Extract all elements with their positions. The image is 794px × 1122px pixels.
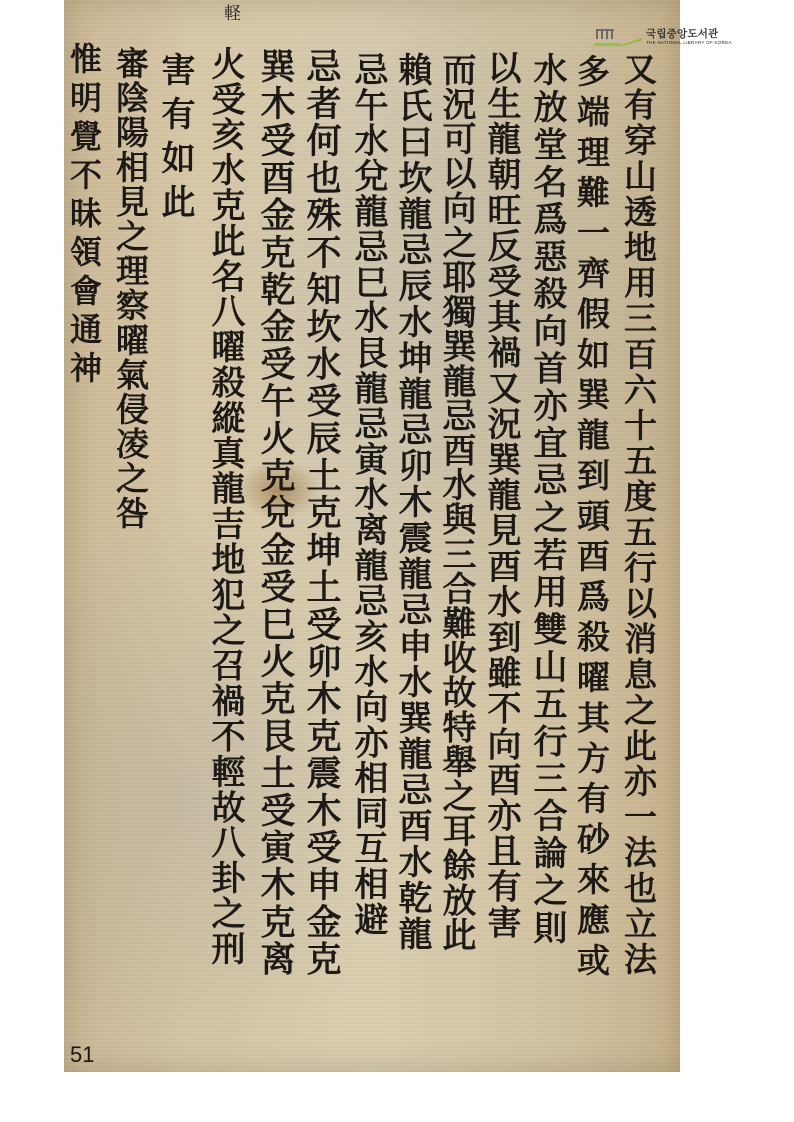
text-column-2: 多端理難一齊假如巽龍到頭酉爲殺曜其方有砂來應或 [575,54,608,983]
text-column-11: 害有如此 [158,52,192,228]
text-column-7: 忌午水兌龍忌巳水艮龍忌寅水离龍忌亥水向亦相同互相避 [351,52,385,937]
text-column-3: 水放堂名爲惡殺向首亦宜忌之若用雙山五行三合論之則 [530,52,564,947]
page-number: 51 [70,1042,94,1068]
logo-english-text: The National Library of Korea [646,41,732,46]
text-column-9: 巽木受酉金克乾金受午火克兌金受巳火克艮土受寅木克离 [258,48,293,978]
text-column-6: 賴氏曰坎龍忌辰水坤龍忌卯木震龍忌申水巽龍忌酉水乾龍 [395,52,429,952]
national-library-logo: 국립중앙도서관 The National Library of Korea [594,26,734,48]
text-column-8: 忌者何也殊不知坎水受辰土克坤土受卯木克震木受申金克 [304,48,339,978]
text-column-4: 以生龍朝旺反受其禍又況巽龍見酉水到雖不向酉亦且有害 [484,50,518,940]
text-column-12: 審陰陽相見之理察曜氣侵凌之咎 [114,46,147,530]
marginal-note: 軽 [218,4,243,21]
text-column-13: 惟明覺不昧領會通神 [68,42,100,389]
library-logo-icon [594,27,644,47]
logo-korean-text: 국립중앙도서관 [646,29,732,40]
text-column-5: 而況可以向之耶獨巽龍忌酉水與三合難收故特舉之耳餘放此 [439,52,473,952]
manuscript-page: 又有穿山透地用三百六十五度五行以消息之此亦一法也立法 多端理難一齊假如巽龍到頭酉… [64,0,680,1072]
text-column-10: 火受亥水克此名八曜殺縱真龍吉地犯之召禍不輕故八卦之刑 [208,46,242,966]
text-column-1: 又有穿山透地用三百六十五度五行以消息之此亦一法也立法 [622,52,655,978]
